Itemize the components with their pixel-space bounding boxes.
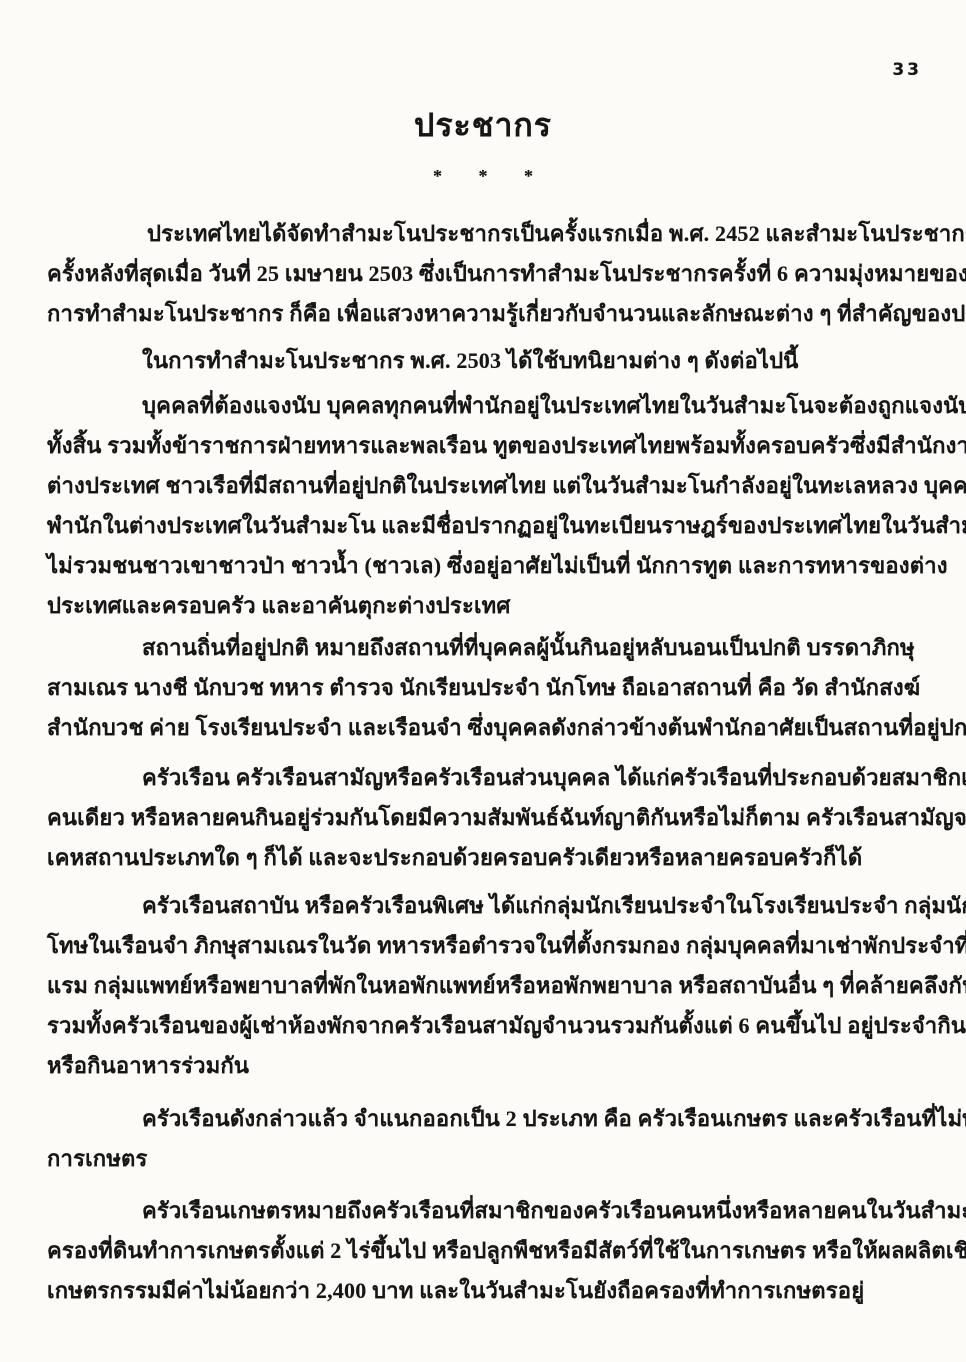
page-title: ประชากร: [0, 100, 966, 151]
section-separator: * * *: [0, 166, 966, 187]
text-line: ครัวเรือน ครัวเรือนสามัญหรือครัวเรือนส่ว…: [47, 758, 919, 798]
text-line: การเกษตร: [47, 1139, 919, 1179]
text-line: หรือกินอาหารร่วมกัน: [47, 1046, 919, 1086]
text-line: การทำสำมะโนประชากร ก็คือ เพื่อแสวงหาความ…: [47, 294, 919, 334]
text-line: ไม่รวมชนชาวเขาชาวป่า ชาวน้ำ (ชาวเล) ซึ่ง…: [47, 546, 919, 586]
text-line: สถานถิ่นที่อยู่ปกติ หมายถึงสถานที่ที่บุค…: [47, 628, 919, 668]
text-line: ในการทำสำมะโนประชากร พ.ศ. 2503 ได้ใช้บทน…: [47, 341, 919, 381]
text-line: ครองที่ดินทำการเกษตรตั้งแต่ 2 ไร่ขึ้นไป …: [47, 1231, 919, 1271]
text-line: แรม กลุ่มแพทย์หรือพยาบาลที่พักในหอพักแพท…: [47, 966, 919, 1006]
text-line: เกษตรกรรมมีค่าไม่น้อยกว่า 2,400 บาท และใ…: [47, 1271, 919, 1311]
text-line: ทั้งสิ้น รวมทั้งข้าราชการฝ่ายทหารและพลเร…: [47, 426, 919, 466]
text-line: ประเทศและครอบครัว และอาคันตุกะต่างประเทศ: [47, 586, 919, 626]
text-line: ครัวเรือนเกษตรหมายถึงครัวเรือนที่สมาชิกข…: [47, 1191, 919, 1231]
text-line: ครัวเรือนดังกล่าวแล้ว จำแนกออกเป็น 2 ประ…: [47, 1099, 919, 1139]
text-line: โทษในเรือนจำ ภิกษุสามเณรในวัด ทหารหรือตำ…: [47, 926, 919, 966]
text-line: คนเดียว หรือหลายคนกินอยู่ร่วมกันโดยมีควา…: [47, 798, 919, 838]
text-line: รวมทั้งครัวเรือนของผู้เช่าห้องพักจากครัว…: [47, 1006, 919, 1046]
text-line: ครั้งหลังที่สุดเมื่อ วันที่ 25 เมษายน 25…: [47, 254, 919, 294]
text-line: ประเทศไทยได้จัดทำสำมะโนประชากรเป็นครั้งแ…: [47, 214, 919, 254]
text-line: ต่างประเทศ ชาวเรือที่มีสถานที่อยู่ปกติใน…: [47, 466, 919, 506]
text-line: บุคคลที่ต้องแจงนับ บุคคลทุกคนที่พำนักอยู…: [47, 386, 919, 426]
document-body: ประเทศไทยได้จัดทำสำมะโนประชากรเป็นครั้งแ…: [47, 214, 919, 1311]
text-line: พำนักในต่างประเทศในวันสำมะโน และมีชื่อปร…: [47, 506, 919, 546]
text-line: ครัวเรือนสถาบัน หรือครัวเรือนพิเศษ ได้แก…: [47, 886, 919, 926]
page-number: 33: [892, 60, 922, 80]
text-line: สามเณร นางชี นักบวช ทหาร ตำรวจ นักเรียนป…: [47, 668, 919, 708]
document-page: 33 ประชากร * * * ประเทศไทยได้จัดทำสำมะโน…: [0, 0, 966, 1362]
text-line: เคหสถานประเภทใด ๆ ก็ได้ และจะประกอบด้วยค…: [47, 838, 919, 878]
text-line: สำนักบวช ค่าย โรงเรียนประจำ และเรือนจำ ซ…: [47, 708, 919, 748]
